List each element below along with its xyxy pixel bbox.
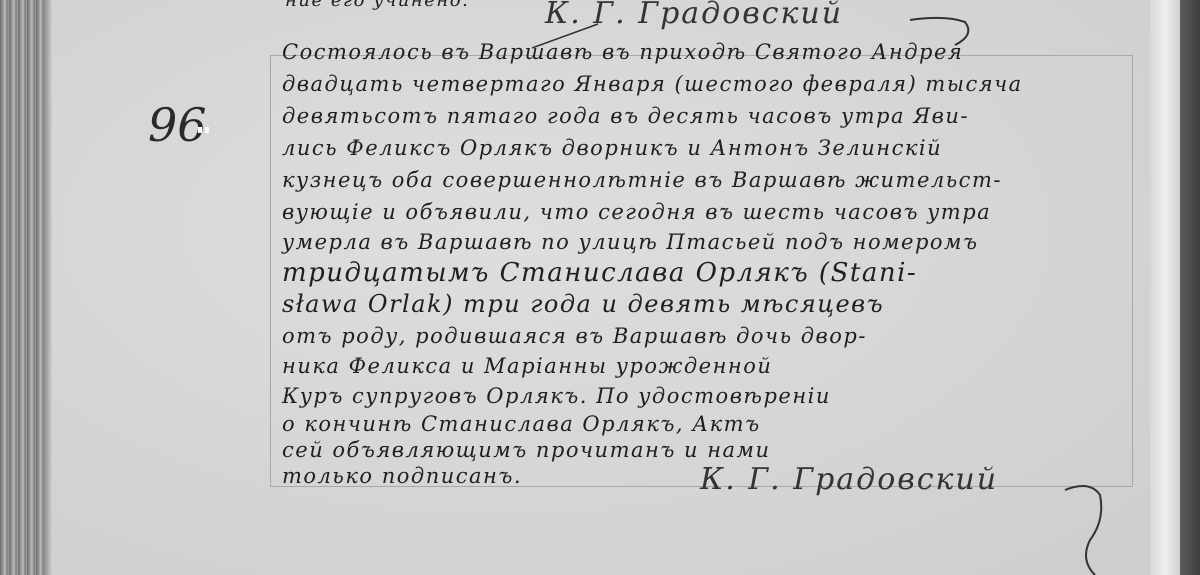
record-line-8: тридцатымъ Станислава Орлякъ (Stani- — [282, 258, 917, 288]
record-line-12: Куръ супруговъ Орлякъ. По удостовѣреніи — [282, 384, 831, 408]
record-line-10: отъ роду, родившаяся въ Варшавѣ дочь дво… — [282, 324, 867, 348]
record-line-7: умерла въ Варшавѣ по улицѣ Птасьей подъ … — [282, 230, 978, 254]
record-line-4: лись Феликсъ Орлякъ дворникъ и Антонъ Зе… — [282, 136, 942, 160]
scan-border — [1180, 0, 1200, 575]
record-line-5: кузнецъ оба совершеннолѣтніе въ Варшавѣ … — [282, 168, 1002, 192]
record-line-3: девятьсотъ пятаго года въ десять часовъ … — [282, 104, 969, 128]
signature-stroke — [530, 20, 600, 50]
margin-marks — [198, 118, 212, 126]
page-edge — [1150, 0, 1180, 575]
record-line-6: вующіе и объявили, что сегодня въ шесть … — [282, 200, 991, 224]
book-spine — [0, 0, 48, 575]
record-line-14: сей объявляющимъ прочитанъ и нами — [282, 438, 771, 462]
registrar-signature-bottom: К. Г. Градовский — [700, 462, 998, 497]
spine-shadow — [44, 0, 52, 575]
record-line-15: только подписанъ. — [282, 464, 522, 488]
record-line-1: Состоялось въ Варшавѣ въ приходѣ Святого… — [282, 40, 963, 64]
record-line-9: sława Orlak) три года и девять мѣсяцевъ — [282, 290, 884, 318]
record-line-2: двадцать четвертаго Января (шестого февр… — [282, 72, 1023, 96]
record-line-11: ника Феликса и Маріанны урожденной — [282, 354, 772, 378]
record-line-13: о кончинѣ Станислава Орлякъ, Актъ — [282, 412, 761, 436]
top-signature-flourish — [905, 10, 985, 50]
signature-flourish — [1060, 480, 1120, 575]
previous-record-fragment: ние его учинено. — [285, 0, 469, 11]
